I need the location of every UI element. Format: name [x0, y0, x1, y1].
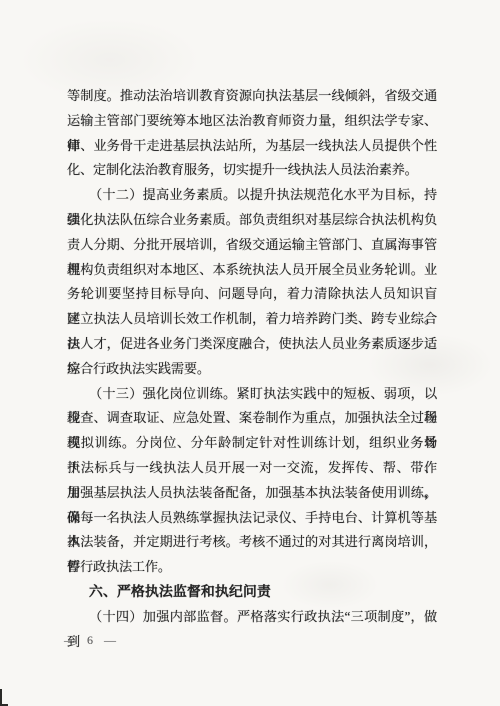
paragraph: （十二）提高业务素质。以提升执法规范化水平为目标，持续 强化执法队伍综合业务素质… — [67, 183, 437, 381]
text-line: 强化执法队伍综合业务素质。部负责组织对基层综合执法机构负 — [67, 208, 437, 233]
page-number: — 6 — — [64, 633, 120, 648]
text-line: 等制度。推动法治培训教育资源向执法基层一线倾斜，省级交通 — [67, 84, 437, 109]
text-line: 务轮训要坚持目标导向、问题导向，着力清除执法人员知识盲区。 — [67, 282, 437, 307]
text-line: （十三）强化岗位训练。紧盯执法实践中的短板、弱项，以现场 — [67, 382, 437, 407]
paragraph: 等制度。推动法治培训教育资源向执法基层一线倾斜，省级交通 运输主管部门要统筹本地… — [67, 84, 437, 183]
text-line: 加强基层执法人员执法装备配备，加强基本执法装备使用训练，确 — [67, 481, 437, 506]
paragraph: （十三）强化岗位训练。紧盯执法实践中的短板、弱项，以现场 检查、调查取证、应急处… — [67, 382, 437, 580]
text-line: 执法标兵与一线执法人员开展一对一交流，发挥传、帮、带作用。 — [67, 456, 437, 481]
text-line: 检查、调查取证、应急处置、案卷制作为重点，加强执法全过程现场 — [67, 406, 437, 431]
text-line: 机构负责组织对本地区、本系统执法人员开展全员业务轮训。业 — [67, 258, 437, 283]
text-line: （十二）提高业务素质。以提升执法规范化水平为目标，持续 — [67, 183, 437, 208]
text-line: 模拟训练。分岗位、分年龄制定针对性训练计划，组织业务骨干、 — [67, 431, 437, 456]
paragraph: （十四）加强内部监督。严格落实行政执法“三项制度”，做到 — [67, 605, 437, 630]
text-line: 停行政执法工作。 — [67, 555, 437, 580]
section-heading: 六、严格执法监督和执纪问责 — [67, 580, 437, 605]
text-line: 保每一名执法人员熟练掌握执法记录仪、手持电台、计算机等基本 — [67, 506, 437, 531]
text-line: 综合行政执法实践需要。 — [67, 357, 437, 382]
text-line: 法人才，促进各业务门类深度融合，使执法人员业务素质逐步适应 — [67, 332, 437, 357]
scanned-document-page: 等制度。推动法治培训教育资源向执法基层一线倾斜，省级交通 运输主管部门要统筹本地… — [0, 0, 500, 706]
text-line: 运输主管部门要统筹本地区法治教育师资力量，组织法学专家、律 — [67, 109, 437, 134]
section-heading-text: 六、严格执法监督和执纪问责 — [67, 580, 437, 605]
text-line: 执法装备，并定期进行考核。考核不通过的对其进行离岗培训，暂 — [67, 530, 437, 555]
document-body: 等制度。推动法治培训教育资源向执法基层一线倾斜，省级交通 运输主管部门要统筹本地… — [67, 84, 437, 630]
text-line: 建立执法人员培训长效工作机制，着力培养跨门类、跨专业综合执 — [67, 307, 437, 332]
text-line: 责人分期、分批开展培训，省级交通运输主管部门、直属海事管理 — [67, 233, 437, 258]
text-line: 师、业务骨干走进基层执法站所，为基层一线执法人员提供个性 — [67, 134, 437, 159]
text-line: （十四）加强内部监督。严格落实行政执法“三项制度”，做到 — [67, 605, 437, 630]
text-line: 化、定制化法治教育服务，切实提升一线执法人员法治素养。 — [67, 158, 437, 183]
